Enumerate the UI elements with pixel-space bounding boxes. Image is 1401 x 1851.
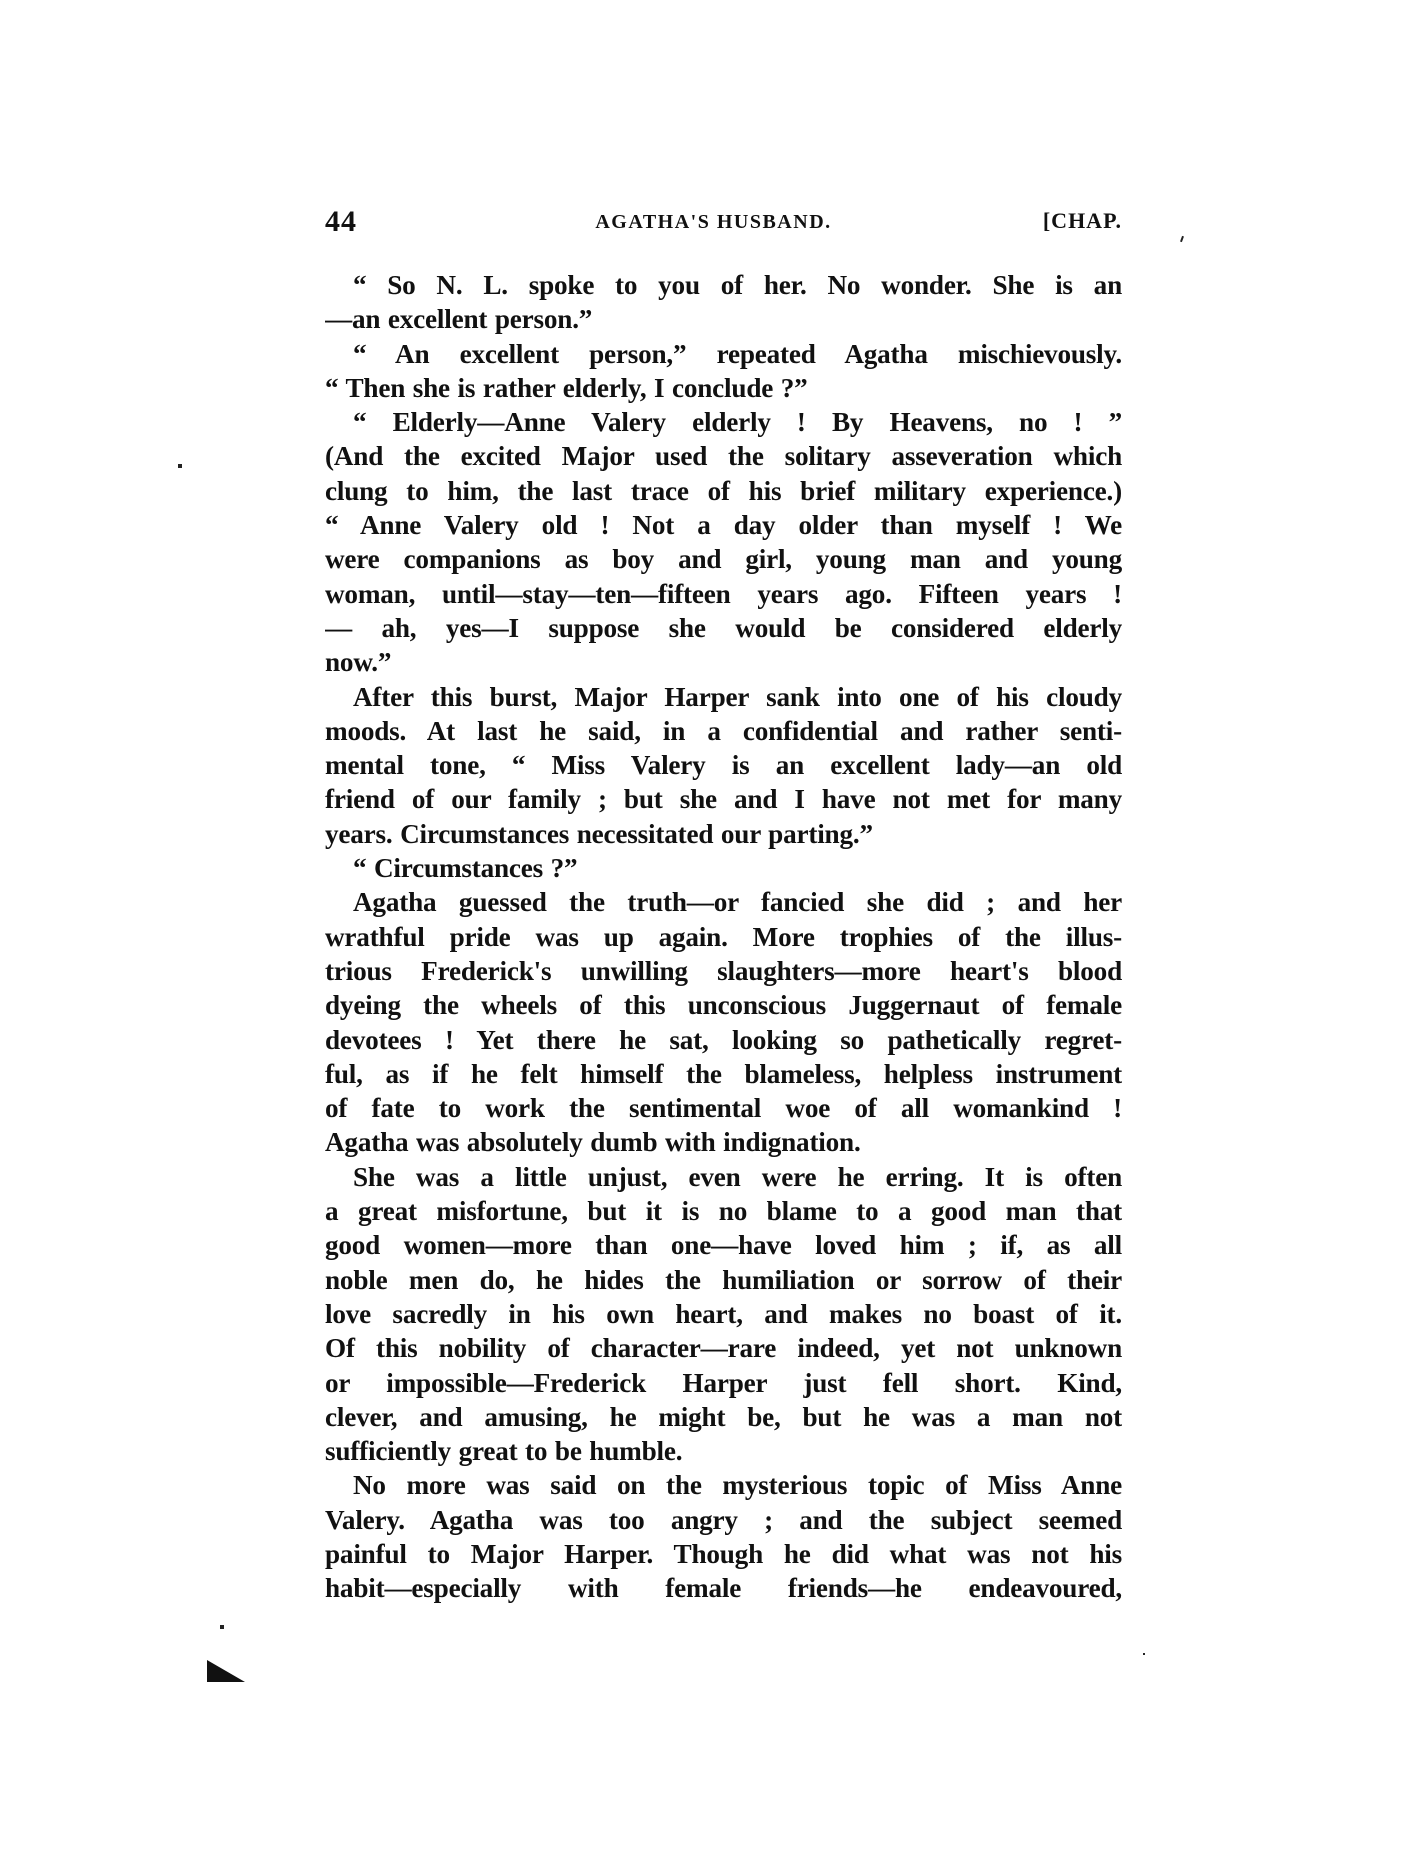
text-line: Of this nobility of character—rare indee… xyxy=(325,1331,1122,1365)
text-line: “ Anne Valery old ! Not a day older than… xyxy=(325,508,1122,542)
text-line: She was a little unjust, even were he er… xyxy=(325,1160,1122,1194)
text-line: now.” xyxy=(325,645,1122,679)
running-title: AGATHA'S HUSBAND. xyxy=(325,211,1122,234)
text-line: Agatha was absolutely dumb with indignat… xyxy=(325,1125,1122,1159)
text-line: were companions as boy and girl, young m… xyxy=(325,542,1122,576)
text-line: (And the excited Major used the solitary… xyxy=(325,439,1122,473)
text-line: wrathful pride was up again. More trophi… xyxy=(325,920,1122,954)
text-line: friend of our family ; but she and I hav… xyxy=(325,782,1122,816)
text-line: noble men do, he hides the humiliation o… xyxy=(325,1263,1122,1297)
text-line: woman, until—stay—ten—fifteen years ago.… xyxy=(325,577,1122,611)
running-head: 44 AGATHA'S HUSBAND. [CHAP. xyxy=(325,205,1122,245)
text-line: After this burst, Major Harper sank into… xyxy=(325,680,1122,714)
text-line: trious Frederick's unwilling slaughters—… xyxy=(325,954,1122,988)
page-corner-mark xyxy=(207,1660,245,1682)
scan-speck xyxy=(1143,1653,1145,1655)
text-line: habit—especially with female friends—he … xyxy=(325,1571,1122,1605)
text-line: painful to Major Harper. Though he did w… xyxy=(325,1537,1122,1571)
text-line: No more was said on the mysterious topic… xyxy=(325,1468,1122,1502)
text-line: years. Circumstances necessitated our pa… xyxy=(325,817,1122,851)
text-line: mental tone, “ Miss Valery is an excelle… xyxy=(325,748,1122,782)
text-line: clever, and amusing, he might be, but he… xyxy=(325,1400,1122,1434)
scan-speck xyxy=(1180,236,1184,242)
text-line: ful, as if he felt himself the blameless… xyxy=(325,1057,1122,1091)
text-line: — ah, yes—I suppose she would be conside… xyxy=(325,611,1122,645)
chapter-mark: [CHAP. xyxy=(1043,208,1122,234)
scan-speck xyxy=(178,464,182,468)
text-line: good women—more than one—have loved him … xyxy=(325,1228,1122,1262)
text-line: moods. At last he said, in a confidentia… xyxy=(325,714,1122,748)
text-line: devotees ! Yet there he sat, looking so … xyxy=(325,1023,1122,1057)
text-line: Valery. Agatha was too angry ; and the s… xyxy=(325,1503,1122,1537)
text-line: sufficiently great to be humble. xyxy=(325,1434,1122,1468)
text-line: or impossible—Frederick Harper just fell… xyxy=(325,1366,1122,1400)
text-line: “ Elderly—Anne Valery elderly ! By Heave… xyxy=(325,405,1122,439)
text-line: “ An excellent person,” repeated Agatha … xyxy=(325,337,1122,371)
text-line: of fate to work the sentimental woe of a… xyxy=(325,1091,1122,1125)
text-line: Agatha guessed the truth—or fancied she … xyxy=(325,885,1122,919)
text-line: a great misfortune, but it is no blame t… xyxy=(325,1194,1122,1228)
book-page: 44 AGATHA'S HUSBAND. [CHAP. “ So N. L. s… xyxy=(325,205,1122,1606)
text-line: —an excellent person.” xyxy=(325,302,1122,336)
text-line: dyeing the wheels of this unconscious Ju… xyxy=(325,988,1122,1022)
scan-speck xyxy=(220,1625,224,1629)
text-line: “ Circumstances ?” xyxy=(325,851,1122,885)
text-line: clung to him, the last trace of his brie… xyxy=(325,474,1122,508)
text-line: “ So N. L. spoke to you of her. No wonde… xyxy=(325,268,1122,302)
text-line: “ Then she is rather elderly, I conclude… xyxy=(325,371,1122,405)
text-line: love sacredly in his own heart, and make… xyxy=(325,1297,1122,1331)
body-text: “ So N. L. spoke to you of her. No wonde… xyxy=(325,268,1122,1606)
